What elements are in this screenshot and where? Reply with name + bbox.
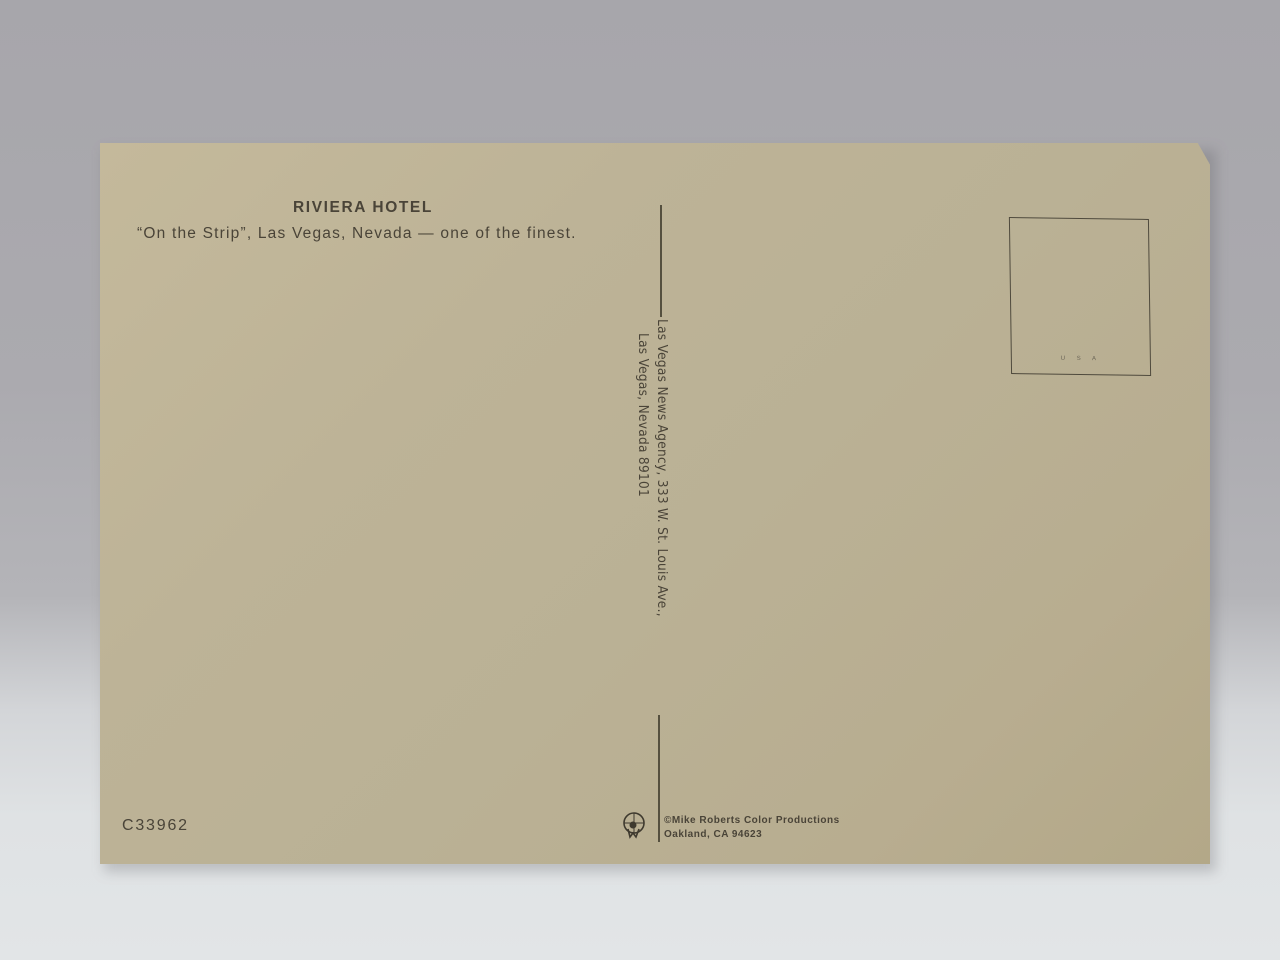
distributor-address: Las Vegas News Agency, 333 W. St. Louis … (637, 319, 677, 719)
postcard-title: RIVIERA HOTEL (293, 199, 433, 217)
distributor-line-1: Las Vegas News Agency, 333 W. St. Louis … (654, 319, 670, 617)
publisher-credit: ©Mike Roberts Color Productions Oakland,… (664, 814, 840, 842)
postcard-caption: “On the Strip”, Las Vegas, Nevada — one … (137, 227, 657, 241)
stamp-box: U S A (1009, 217, 1151, 376)
catalog-code: C33962 (122, 817, 189, 835)
publisher-line-1: ©Mike Roberts Color Productions (664, 814, 840, 828)
stamp-country-label: U S A (1012, 355, 1150, 363)
postcard-back: RIVIERA HOTEL “On the Strip”, Las Vegas,… (100, 143, 1210, 864)
distributor-line-2: Las Vegas, Nevada 89101 (635, 333, 651, 497)
mike-roberts-globe-logo-icon (622, 811, 646, 841)
divider-line-top (660, 205, 662, 317)
divider-line-bottom (658, 715, 660, 842)
publisher-line-2: Oakland, CA 94623 (664, 828, 840, 842)
